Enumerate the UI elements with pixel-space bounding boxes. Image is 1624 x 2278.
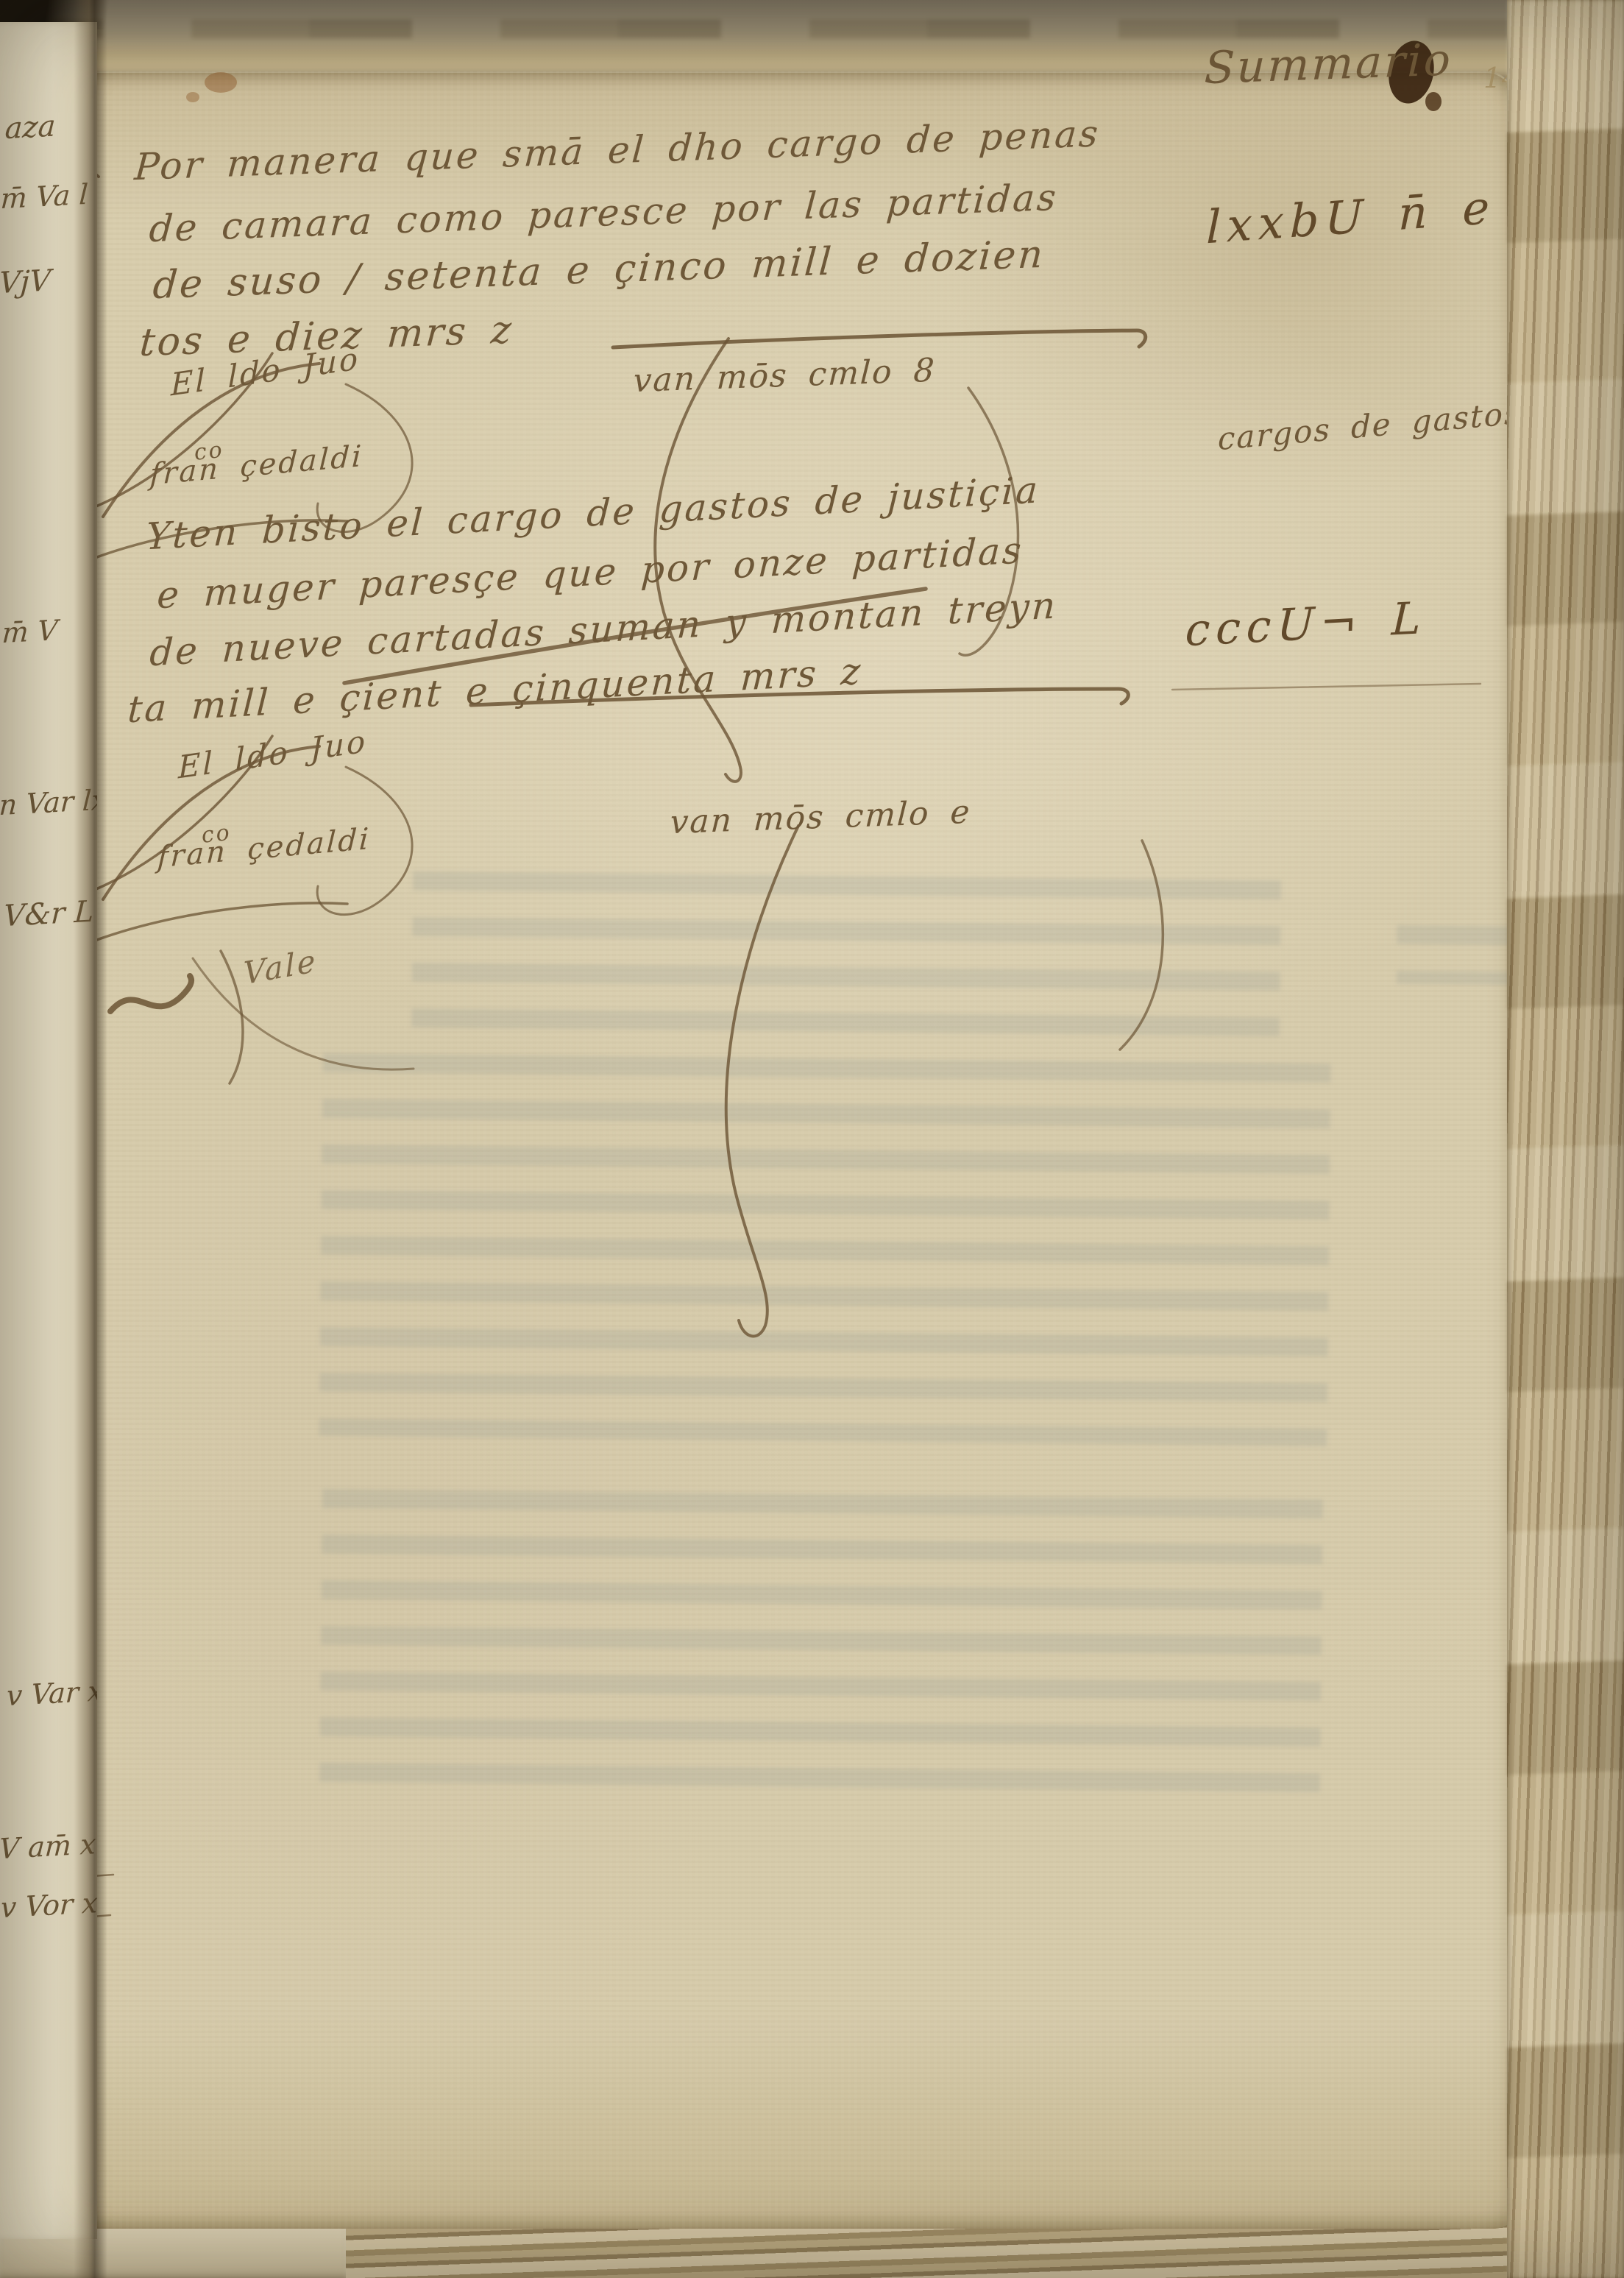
gutter-crease-shadow — [74, 0, 107, 2278]
book-top-edge-shading — [0, 19, 1624, 38]
bleed-through-text-block — [319, 1053, 1330, 1446]
prev-page-fragment: VjV — [0, 263, 52, 300]
manuscript-scan: Summario 14 Por manera que smā el dho ca… — [0, 0, 1624, 2278]
prev-page-fragment: m̄ V — [1, 614, 59, 649]
bleed-through-text-block — [411, 871, 1281, 1042]
bleed-through-text-block — [319, 1489, 1323, 1794]
prev-page-fragment: aza — [4, 109, 57, 146]
fore-edge-shading — [1507, 0, 1624, 2278]
header-note: Summario — [1204, 34, 1454, 94]
